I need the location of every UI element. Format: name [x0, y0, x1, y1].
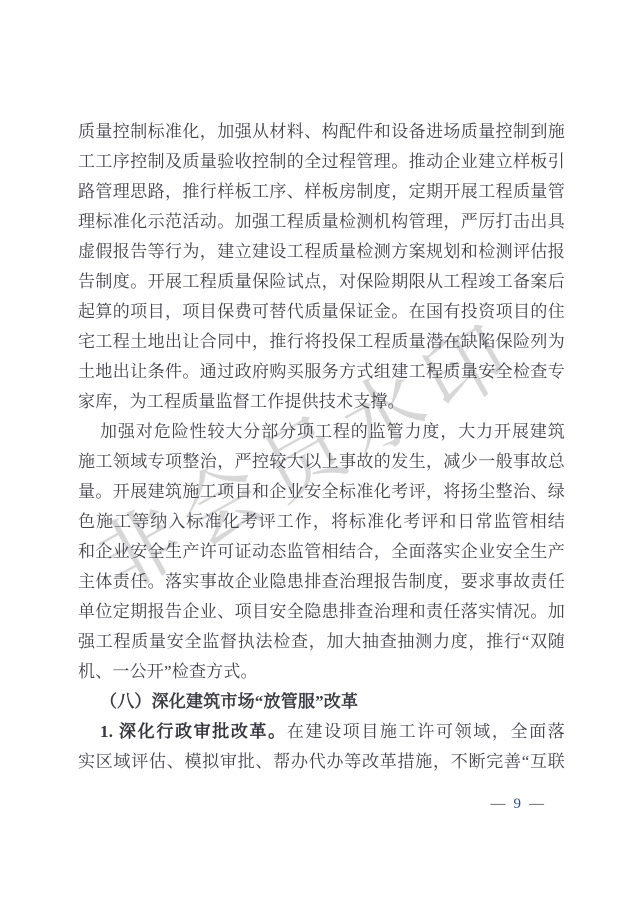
text-line: 宅工程土地出让合同中，推行将投保工程质量潜在缺陷保险列为 — [78, 327, 565, 357]
page-number: —9— — [491, 794, 546, 814]
text-line: 机、一公开”检查方式。 — [78, 657, 565, 687]
numbered-item-bold-lead: 1. 深化行政审批改革。 — [100, 722, 287, 741]
text-line: 施工领域专项整治，严控较大以上事故的发生，减少一般事故总 — [78, 447, 565, 477]
numbered-item-text: 在建设项目施工许可领域，全面落 — [287, 722, 565, 741]
paragraph-3-line-1: 1. 深化行政审批改革。在建设项目施工许可领域，全面落 — [78, 717, 565, 747]
text-line: 色施工等纳入标准化考评工作，将标准化考评和日常监管相结合， — [78, 507, 565, 537]
text-line: 和企业安全生产许可证动态监管相结合，全面落实企业安全生产 — [78, 537, 565, 567]
text-line: 工工序控制及质量验收控制的全过程管理。推动企业建立样板引 — [78, 147, 565, 177]
section-heading: （八）深化建筑市场“放管服”改革 — [78, 687, 565, 717]
text-line: 理标准化示范活动。加强工程质量检测机构管理，严厉打击出具 — [78, 207, 565, 237]
text-line: 土地出让条件。通过政府购买服务方式组建工程质量安全检查专 — [78, 357, 565, 387]
text-line: 主体责任。落实事故企业隐患排查治理报告制度，要求事故责任 — [78, 567, 565, 597]
paragraph-1: 质量控制标准化，加强从材料、构配件和设备进场质量控制到施工工序控制及质量验收控制… — [78, 117, 565, 417]
text-line: 告制度。开展工程质量保险试点，对保险期限从工程竣工备案后 — [78, 267, 565, 297]
page-number-dash-right: — — [529, 796, 545, 812]
text-line: 加强对危险性较大分部分项工程的监管力度，大力开展建筑 — [78, 417, 565, 447]
page-number-dash-left: — — [491, 796, 507, 812]
paragraph-2: 加强对危险性较大分部分项工程的监管力度，大力开展建筑施工领域专项整治，严控较大以… — [78, 417, 565, 687]
text-line: 家库，为工程质量监督工作提供技术支撑。 — [78, 387, 565, 417]
paragraph-3-line-2: 实区域评估、模拟审批、帮办代办等改革措施，不断完善“互联 — [78, 747, 565, 777]
text-line: 量。开展建筑施工项目和企业安全标准化考评，将扬尘整治、绿 — [78, 477, 565, 507]
text-line: 虚假报告等行为，建立建设工程质量检测方案规划和检测评估报 — [78, 237, 565, 267]
text-line: 质量控制标准化，加强从材料、构配件和设备进场质量控制到施 — [78, 117, 565, 147]
text-line: 路管理思路，推行样板工序、样板房制度，定期开展工程质量管 — [78, 177, 565, 207]
document-page: 非会员水印 质量控制标准化，加强从材料、构配件和设备进场质量控制到施工工序控制及… — [0, 0, 636, 900]
text-line: 单位定期报告企业、项目安全隐患排查治理和责任落实情况。加 — [78, 597, 565, 627]
text-line: 起算的项目，项目保费可替代质量保证金。在国有投资项目的住 — [78, 297, 565, 327]
text-block: 质量控制标准化，加强从材料、构配件和设备进场质量控制到施工工序控制及质量验收控制… — [78, 117, 565, 777]
text-line: 强工程质量安全监督执法检查，加大抽查抽测力度，推行“双随 — [78, 627, 565, 657]
page-number-value: 9 — [514, 796, 523, 812]
